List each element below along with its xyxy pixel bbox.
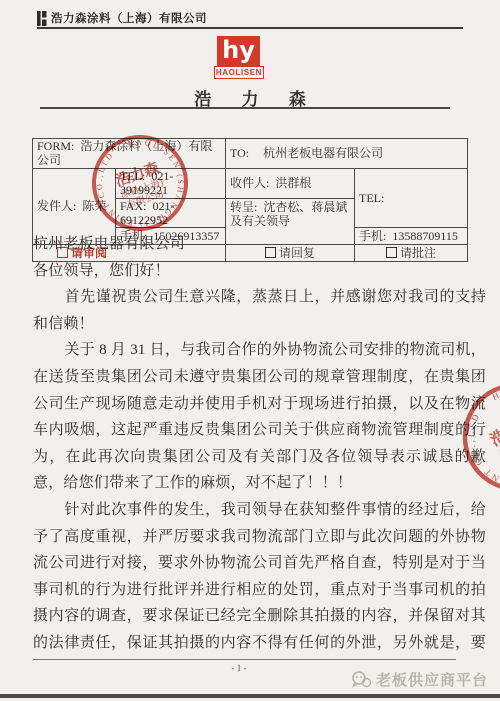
letter-paragraph: 首先谨祝贵公司生意兴隆，蒸蒸日上，并感谢您对我司的支持和信赖！ [33,284,486,337]
letter-paragraph: 关于 8 月 31 日，与我司合作的外协物流公司安排的物流司机，在送货至贵集团公… [33,337,486,497]
cc-label: 转呈: [230,200,257,214]
to-label: TO: [230,146,249,160]
logo-monogram: hy [222,38,255,62]
to-value: 杭州老板电器有限公司 [263,146,383,160]
document-page: 浩力森涂料（上海）有限公司 hy HAOLISEN 浩 力 森 FORM:浩力森… [0,0,500,701]
company-stamp-secondary: HAOLISEN (SHANGHAI) PAINT CO.,LTD 浩力森 涂料… [458,378,500,496]
mini-brand-icon [37,11,47,26]
to-cell: TO:杭州老板电器有限公司 [226,139,468,169]
bottom-scan-edge [0,694,500,698]
header-divider [37,27,463,29]
sender-label: 发件人: [37,199,76,213]
watermark-text: 老板供应商平台 [376,669,488,690]
letter-paragraph: 针对此次事件的发生，我司领导在获知整件事情的经过后，给予了高度重视，并严厉要求我… [33,497,486,658]
letterhead-company: 浩力森涂料（上海）有限公司 [51,10,207,26]
logo-wordmark: HAOLISEN [216,68,262,77]
letterhead: 浩力森涂料（上海）有限公司 [37,10,207,26]
recipient-tel-label: TEL: [359,191,384,205]
recipient-tel-cell: TEL: [355,168,468,228]
recipient-cell: 收件人:洪群根 [226,168,355,198]
letter-body: 杭州老板电器有限公司 各位领导，您们好！ 首先谨祝贵公司生意兴隆，蒸蒸日上，并感… [33,231,486,658]
brand-logo: hy [217,36,260,66]
recipient-label: 收件人: [230,176,269,190]
watermark: 老板供应商平台 [352,669,488,690]
footer-divider [33,659,456,660]
recipient-name: 洪群根 [275,176,311,190]
company-stamp: HAOLISEN (SHANGHAI) PAINT CO.,LTD 浩力森 涂料… [86,129,194,237]
from-label: FORM: [37,139,74,153]
svg-text:HAOLISEN (SHANGHAI) PAINT CO.,: HAOLISEN (SHANGHAI) PAINT CO.,LTD [86,129,194,237]
logo-wordmark-box: HAOLISEN [214,66,264,79]
letter-greeting: 各位领导，您们好！ [33,258,486,285]
stamp-ring-text: HAOLISEN (SHANGHAI) PAINT CO.,LTD [86,129,194,237]
watermark-chat-icon [352,671,371,688]
logo-divider [40,107,450,109]
stamp-center-text: 浩力森 [487,409,500,450]
